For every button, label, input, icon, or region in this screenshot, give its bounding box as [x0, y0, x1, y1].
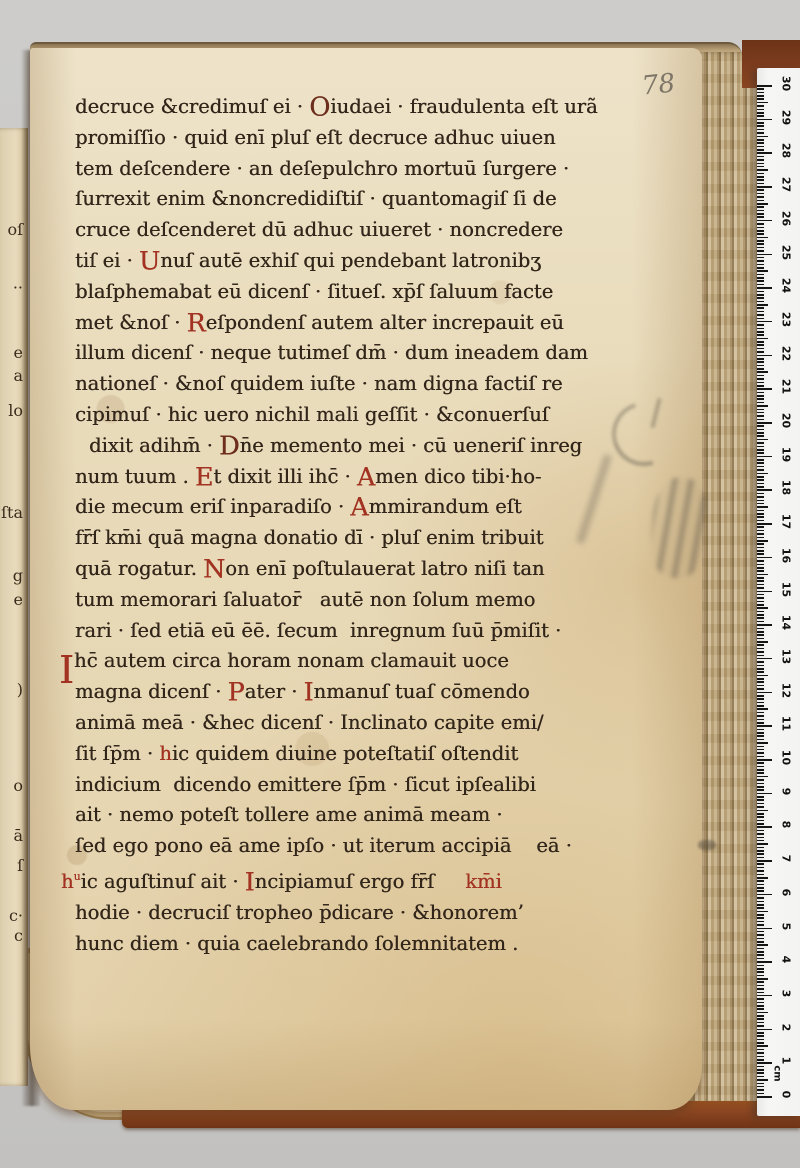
ruler-tick	[757, 250, 764, 252]
ruler-number: 18	[780, 477, 793, 499]
ruler-tick	[757, 166, 764, 168]
ruler-tick	[757, 483, 764, 485]
ruler-tick	[757, 722, 764, 724]
ruler-tick	[757, 988, 764, 990]
text-segment: ſurrexit enim &noncredidiſtiſ · quantoma…	[75, 187, 557, 210]
ruler-tick	[757, 928, 772, 930]
ruler-tick	[757, 705, 764, 707]
ruler-tick	[757, 759, 772, 761]
ruler-tick	[757, 371, 768, 373]
ruler-tick	[757, 1079, 768, 1081]
ruler-tick	[757, 742, 768, 744]
text-line: fr̄ſ km̄i quā magna donatio dī · pluſ en…	[75, 523, 650, 554]
ruler-tick	[757, 698, 764, 700]
ruler: cm 3029282726252423222120191817161514131…	[757, 68, 800, 1116]
ruler-tick	[757, 1066, 764, 1068]
ruler-tick	[757, 604, 764, 606]
text-segment: illum dicenſ · neque tutimeſ dm̄ · dum i…	[75, 341, 588, 364]
text-segment: ait · nemo poteſt tollere ame animā meam…	[75, 803, 502, 826]
text-segment: rari · ſed etiā eū ēē. ſecum inregnum ſu…	[75, 619, 561, 642]
text-segment: fr̄ſ km̄i quā magna donatio dī · pluſ en…	[75, 526, 544, 549]
ruler-tick	[757, 1042, 764, 1044]
ruler-tick	[757, 183, 764, 185]
ruler-tick	[757, 1039, 764, 1041]
ruler-tick	[757, 216, 764, 218]
folio-number: 78	[641, 68, 677, 101]
ruler-tick	[757, 975, 764, 977]
ruler-tick	[757, 307, 764, 309]
ruler-tick	[757, 247, 764, 249]
ruler-tick	[757, 1025, 764, 1027]
ruler-tick	[757, 597, 764, 599]
ruler-tick	[757, 368, 764, 370]
ruler-tick	[757, 324, 764, 326]
ruler-number: 12	[780, 679, 793, 701]
text-block: decruce &credimuſ ei · Oiudaei · fraudul…	[75, 92, 650, 959]
ruler-tick	[757, 304, 768, 306]
text-line: num tuum . Et dixit illi ihc̄ · Amen dic…	[75, 462, 650, 493]
ruler-tick	[757, 540, 768, 542]
ruler-tick	[757, 799, 764, 801]
ruler-tick	[757, 237, 768, 239]
facing-page-text-fragment: oſ	[7, 222, 23, 238]
ruler-tick	[757, 543, 764, 545]
ruler-tick	[757, 163, 764, 165]
ruler-tick	[757, 803, 764, 805]
ruler-tick	[757, 523, 772, 525]
ruler-tick	[757, 941, 764, 943]
ruler-tick	[757, 921, 764, 923]
ruler-number: 3	[780, 982, 793, 1004]
ruler-tick	[757, 520, 764, 522]
ruler-tick	[757, 631, 764, 633]
ruler-tick	[757, 968, 764, 970]
ruler-tick	[757, 813, 764, 815]
ruler-tick	[757, 965, 764, 967]
text-segment: nationeſ · &noſ quidem iuſte · nam digna…	[75, 372, 563, 395]
ruler-tick	[757, 203, 768, 205]
ruler-tick	[757, 227, 764, 229]
text-segment: hc̄ autem circa horam nonam clamauit uoc…	[74, 649, 509, 672]
text-line: animā meā · &hec dicenſ · Inclinato capi…	[75, 708, 650, 739]
ruler-tick	[757, 254, 772, 256]
ruler-tick	[757, 1089, 764, 1091]
text-segment: ſed ego pono eā ame ipſo · ut iterum acc…	[75, 834, 572, 857]
ruler-tick	[757, 951, 764, 953]
text-segment: nmanuſ tuaſ cōmendo	[314, 680, 530, 703]
ruler-tick	[757, 169, 768, 171]
ruler-tick	[757, 998, 764, 1000]
ruler-tick	[757, 459, 764, 461]
ruler-tick	[757, 591, 772, 593]
text-segment: cruce deſcenderet dū adhuc uiueret · non…	[75, 218, 563, 241]
text-line: illum dicenſ · neque tutimeſ dm̄ · dum i…	[75, 338, 650, 369]
ruler-tick	[757, 601, 764, 603]
ruler-tick	[757, 981, 764, 983]
ruler-tick	[757, 1032, 764, 1034]
text-line: promiſſio · quid enī pluſ eſt decruce ad…	[75, 123, 650, 154]
text-segment: promiſſio · quid enī pluſ eſt decruce ad…	[75, 126, 556, 149]
ruler-tick	[757, 712, 764, 714]
ruler-tick	[757, 351, 764, 353]
ruler-tick	[757, 924, 764, 926]
text-line: dixit adihm̄ · Dn̄e memento mei · cū uen…	[89, 431, 650, 462]
ruler-tick	[757, 850, 764, 852]
text-segment: indicium dicendo emittere ſp̄m · ſicut i…	[75, 773, 536, 796]
ruler-number: 16	[780, 544, 793, 566]
photograph: oſ··ealoſtage)oāſc·c 78 decruce &credimu…	[0, 0, 800, 1168]
ruler-tick	[757, 995, 772, 997]
ruler-tick	[757, 129, 764, 131]
ruler-tick	[757, 1015, 764, 1017]
ruler-tick	[757, 628, 764, 630]
ruler-tick	[757, 1096, 772, 1098]
ruler-tick	[757, 651, 764, 653]
ruler-number: 21	[780, 376, 793, 398]
ruler-tick	[757, 136, 768, 138]
ruler-tick	[757, 729, 764, 731]
ruler-tick	[757, 243, 764, 245]
text-line: decruce &credimuſ ei · Oiudaei · fraudul…	[75, 92, 650, 123]
ruler-number: 1	[780, 1050, 793, 1072]
ruler-number: 15	[780, 578, 793, 600]
ruler-tick	[757, 233, 764, 235]
text-segment: tum memorari ſaluator̄ autē non ſolum me…	[75, 588, 535, 611]
ruler-tick	[757, 1035, 764, 1037]
text-line: huic aguſtinuſ ait · Incipiamuſ ergo fr̄…	[61, 862, 650, 898]
text-line: nationeſ · &noſ quidem iuſte · nam digna…	[75, 369, 650, 400]
rubric-initial: A	[350, 492, 368, 522]
ruler-number: 29	[780, 106, 793, 128]
rubric-initial: I	[304, 677, 314, 707]
ruler-tick	[757, 587, 764, 589]
ruler-tick	[757, 240, 764, 242]
ruler-tick	[757, 661, 764, 663]
manuscript-page: 78 decruce &credimuſ ei · Oiudaei · frau…	[30, 48, 702, 1110]
text-line: tiſ ei · Unuſ autē exhiſ qui pendebant l…	[75, 246, 650, 277]
text-line: cruce deſcenderet dū adhuc uiueret · non…	[75, 215, 650, 246]
ruler-tick	[757, 688, 764, 690]
ruler-tick	[757, 503, 764, 505]
text-line: tum memorari ſaluator̄ autē non ſolum me…	[75, 585, 650, 616]
ruler-tick	[757, 1029, 772, 1031]
ruler-tick	[757, 412, 764, 414]
rubric-initial: O	[309, 93, 330, 123]
ruler-tick	[757, 904, 764, 906]
ruler-tick	[757, 567, 764, 569]
ruler-tick	[757, 978, 768, 980]
ruler-tick	[757, 102, 768, 104]
ruler-number: 25	[780, 241, 793, 263]
ruler-tick	[757, 1056, 764, 1058]
ruler-number: 23	[780, 308, 793, 330]
ruler-tick	[757, 186, 772, 188]
ruler-tick	[757, 671, 764, 673]
ruler-tick	[757, 894, 772, 896]
ruler-tick	[757, 132, 764, 134]
ruler-tick	[757, 644, 764, 646]
ruler-tick	[757, 887, 764, 889]
ruler-tick	[757, 105, 764, 107]
ruler-tick	[757, 793, 772, 795]
ruler-tick	[757, 341, 764, 343]
ruler-number: 28	[780, 140, 793, 162]
ruler-tick	[757, 486, 764, 488]
ruler-tick	[757, 665, 764, 667]
rubric-initial: R	[187, 307, 206, 337]
ruler-tick	[757, 526, 764, 528]
ruler-tick	[757, 692, 772, 694]
ruler-tick	[757, 398, 764, 400]
ruler-tick	[757, 223, 764, 225]
text-segment: blaſphemabat eū dicenſ · ſitueſ. xp̄ſ ſa…	[75, 280, 553, 303]
ruler-tick	[757, 938, 764, 940]
ruler-tick	[757, 961, 772, 963]
text-segment: km̄i	[465, 870, 502, 893]
ruler-tick	[757, 685, 764, 687]
ruler-tick	[757, 510, 764, 512]
ruler-tick	[757, 500, 764, 502]
ruler-tick	[757, 139, 764, 141]
text-line: ſit ſp̄m · hic quidem diuine poteſtatiſ …	[75, 739, 650, 770]
ruler-tick	[757, 476, 764, 478]
ruler-tick	[757, 382, 764, 384]
text-segment: die mecum eriſ inparadiſo ·	[75, 495, 350, 518]
ruler-number: 5	[780, 915, 793, 937]
ruler-tick	[757, 863, 764, 865]
ruler-tick	[757, 715, 764, 717]
ruler-tick	[757, 449, 764, 451]
ruler-tick	[757, 537, 764, 539]
ruler-tick	[757, 594, 764, 596]
ruler-tick	[757, 837, 764, 839]
ruler-tick	[757, 88, 764, 90]
ruler-tick	[757, 385, 764, 387]
ruler-tick	[757, 840, 764, 842]
ruler-tick	[757, 732, 764, 734]
ruler-tick	[757, 1008, 764, 1010]
ruler-tick	[757, 331, 764, 333]
ruler-tick	[757, 415, 764, 417]
ruler-tick	[757, 992, 764, 994]
ruler-tick	[757, 318, 764, 320]
ruler-tick	[757, 267, 764, 269]
ruler-tick	[757, 142, 764, 144]
ruler-tick	[757, 375, 764, 377]
ruler-tick	[757, 853, 764, 855]
ruler-tick	[757, 560, 764, 562]
ruler-tick	[757, 328, 764, 330]
ruler-tick	[757, 210, 764, 212]
ruler-tick	[757, 297, 764, 299]
ruler-tick	[757, 796, 764, 798]
rubric-initial: I	[59, 648, 74, 692]
text-segment: hunc diem · quia caelebrando ſolemnitate…	[75, 932, 518, 955]
ruler-tick	[757, 513, 764, 515]
ruler-number: 27	[780, 174, 793, 196]
ruler-tick	[757, 493, 764, 495]
ruler-tick	[757, 611, 764, 613]
ruler-tick	[757, 260, 764, 262]
ruler-tick	[757, 857, 764, 859]
ruler-tick	[757, 496, 764, 498]
ruler-tick	[757, 196, 764, 198]
ruler-tick	[757, 584, 764, 586]
rubric-initial: D	[219, 431, 240, 461]
ruler-tick	[757, 621, 764, 623]
ruler-tick	[757, 884, 764, 886]
ruler-tick	[757, 280, 764, 282]
ruler-tick	[757, 634, 764, 636]
ruler-tick	[757, 786, 764, 788]
ruler-tick	[757, 388, 772, 390]
ruler-tick	[757, 173, 764, 175]
text-segment: decruce &credimuſ ei ·	[75, 95, 309, 118]
text-segment: tiſ ei ·	[75, 249, 139, 272]
text-segment: n̄e memento mei · cū ueneriſ inreg	[240, 434, 583, 457]
ruler-tick	[757, 756, 764, 758]
text-segment: h	[159, 742, 172, 765]
text-line: hodie · decruciſ tropheo p̄dicare · &hon…	[75, 898, 650, 929]
ruler-tick	[757, 1052, 764, 1054]
text-line: indicium dicendo emittere ſp̄m · ſicut i…	[75, 770, 650, 801]
ruler-tick	[757, 934, 764, 936]
ruler-tick	[757, 843, 768, 845]
text-segment: nuſ autē exhiſ qui pendebant latronibʒ	[160, 249, 541, 272]
ruler-tick	[757, 641, 768, 643]
ruler-tick	[757, 1069, 764, 1071]
ruler-tick	[757, 749, 764, 751]
facing-page-text-fragment: ſta	[1, 505, 23, 521]
ruler-tick	[757, 152, 772, 154]
ruler-tick	[757, 553, 764, 555]
ruler-tick	[757, 176, 764, 178]
ruler-number: 9	[780, 780, 793, 802]
ruler-tick	[757, 769, 764, 771]
ruler-tick	[757, 719, 764, 721]
text-segment: quā rogatur.	[75, 557, 203, 580]
ruler-number: 20	[780, 410, 793, 432]
rubric-initial: E	[195, 461, 214, 491]
ruler-tick	[757, 213, 764, 215]
ruler-tick	[757, 159, 764, 161]
ruler-tick	[757, 823, 764, 825]
ruler-tick	[757, 810, 768, 812]
ruler-tick	[757, 907, 764, 909]
ruler-tick	[757, 1012, 768, 1014]
ruler-tick	[757, 570, 764, 572]
ruler-number: 30	[780, 73, 793, 95]
text-segment: tem deſcendere · an deſepulchro mortuū ſ…	[75, 157, 569, 180]
ruler-tick	[757, 1002, 764, 1004]
ruler-tick	[757, 230, 764, 232]
ruler-tick	[757, 547, 764, 549]
text-segment: eſpondenſ autem alter increpauit eū	[206, 311, 564, 334]
ruler-tick	[757, 189, 764, 191]
ruler-tick	[757, 614, 764, 616]
ruler-tick	[757, 469, 764, 471]
ruler-tick	[757, 479, 764, 481]
ruler-tick	[757, 85, 772, 87]
ruler-tick	[757, 405, 768, 407]
ruler-number: 10	[780, 747, 793, 769]
ruler-tick	[757, 806, 764, 808]
text-segment: cipimuſ · hic uero nichil mali geſſit · …	[75, 403, 549, 426]
ruler-tick	[757, 624, 772, 626]
ruler-tick	[757, 220, 772, 222]
ruler-number: 7	[780, 848, 793, 870]
text-line: cipimuſ · hic uero nichil mali geſſit · …	[75, 400, 650, 431]
ruler-number: 4	[780, 949, 793, 971]
ruler-tick	[757, 914, 764, 916]
ruler-tick	[757, 1049, 764, 1051]
ruler-tick	[757, 557, 772, 559]
ruler-tick	[757, 897, 764, 899]
ruler-tick	[757, 264, 764, 266]
ruler-number: 8	[780, 814, 793, 836]
ruler-tick	[757, 826, 772, 828]
rubric-initial: A	[357, 461, 375, 491]
ruler-tick	[757, 1018, 764, 1020]
ruler-tick	[757, 1076, 764, 1078]
text-segment: on enī poſtulauerat latro niſi tan	[225, 557, 544, 580]
ruler-tick	[757, 816, 764, 818]
ruler-tick	[757, 200, 764, 202]
text-line: quā rogatur. Non enī poſtulauerat latro …	[75, 554, 650, 585]
rubric-initial: I	[245, 866, 255, 896]
rubric-initial: P	[228, 677, 245, 707]
ruler-tick	[757, 702, 764, 704]
text-line: ait · nemo poteſt tollere ame animā meam…	[75, 800, 650, 831]
ruler-tick	[757, 122, 764, 124]
text-line: met &noſ · Reſpondenſ autem alter increp…	[75, 308, 650, 339]
text-segment: ncipiamuſ ergo fr̄ſ	[255, 870, 466, 893]
ruler-tick	[757, 311, 764, 313]
text-line: ſurrexit enim &noncredidiſtiſ · quantoma…	[75, 184, 650, 215]
ruler-tick	[757, 344, 764, 346]
ruler-tick	[757, 1062, 772, 1064]
ruler-tick	[757, 695, 764, 697]
ruler-tick	[757, 860, 772, 862]
ruler-tick	[757, 146, 764, 148]
ruler-number: 22	[780, 342, 793, 364]
ruler-tick	[757, 655, 764, 657]
facing-page-text-fragment: lo	[8, 403, 23, 419]
ruler-tick	[757, 617, 764, 619]
pencil-smudge-mark	[698, 840, 716, 850]
ruler-tick	[757, 739, 764, 741]
ruler-tick	[757, 577, 764, 579]
text-segment: animā meā · &hec dicenſ · Inclinato capi…	[75, 711, 543, 734]
ruler-tick	[757, 901, 764, 903]
ruler-number: 2	[780, 1016, 793, 1038]
ruler-tick	[757, 867, 764, 869]
ruler-tick	[757, 358, 764, 360]
ruler-number: 13	[780, 645, 793, 667]
text-segment: num tuum .	[75, 465, 195, 488]
ruler-tick	[757, 321, 772, 323]
text-segment: ic aguſtinuſ ait ·	[80, 870, 244, 893]
ruler-tick	[757, 1086, 764, 1088]
ruler-tick	[757, 277, 764, 279]
ruler-tick	[757, 607, 768, 609]
ruler-tick	[757, 958, 764, 960]
ruler-tick	[757, 115, 764, 117]
text-line: Ihc̄ autem circa horam nonam clamauit uo…	[59, 646, 650, 677]
ruler-tick	[757, 301, 764, 303]
ruler-tick	[757, 119, 772, 121]
ruler-tick	[757, 890, 764, 892]
